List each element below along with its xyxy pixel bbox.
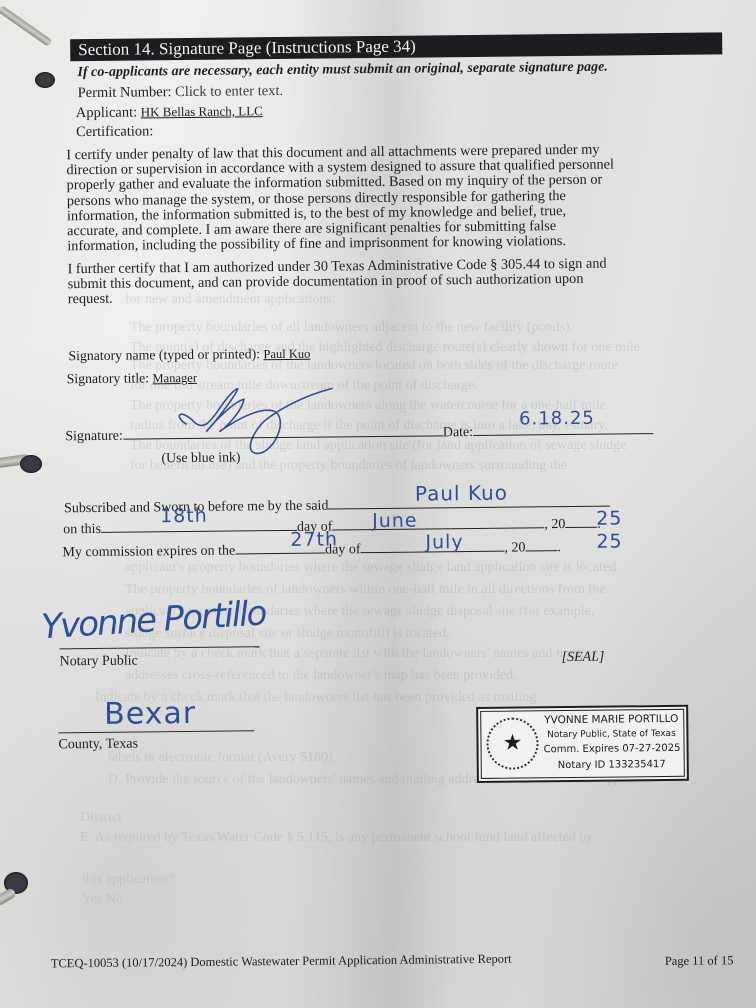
- county-handwritten: Bexar: [104, 696, 196, 732]
- permit-number-label: Permit Number:: [78, 84, 172, 101]
- county-texas-label: County, Texas: [58, 737, 138, 754]
- applicant-value: HK Bellas Ranch, LLC: [141, 103, 263, 119]
- footer-form-id: TCEQ-10053 (10/17/2024) Domestic Wastewa…: [51, 952, 512, 972]
- applicant-label: Applicant:: [76, 105, 137, 122]
- sworn-by-row: Subscribed and Sworn to before me by the…: [64, 494, 611, 518]
- commission-day-handwritten: 27th: [290, 528, 338, 550]
- notary-seal: ★: [486, 717, 539, 770]
- notary-stamp: ★ YVONNE MARIE PORTILLO Notary Public, S…: [476, 705, 689, 783]
- applicant-row: Applicant: HK Bellas Ranch, LLC: [76, 103, 263, 122]
- period: .: [557, 540, 561, 555]
- signature-field[interactable]: [123, 423, 443, 439]
- stamp-name: YVONNE MARIE PORTILLO: [543, 713, 679, 726]
- year-field[interactable]: [565, 515, 597, 528]
- signatory-name-label: Signatory name (typed or printed):: [68, 346, 260, 363]
- form-page: Section 14. Signature Page (Instructions…: [0, 0, 756, 1008]
- notary-public-label: Notary Public: [60, 654, 138, 671]
- commission-label: My commission expires on the: [62, 543, 235, 560]
- county-line[interactable]: [58, 730, 254, 733]
- commission-month-handwritten: July: [425, 531, 463, 553]
- stamp-notary-id: Notary ID 133235417: [544, 759, 680, 771]
- stamp-expires: Comm. Expires 07-27-2025: [544, 743, 680, 755]
- signatory-name-row: Signatory name (typed or printed): Paul …: [68, 346, 310, 365]
- on-this-handwritten: 18th: [160, 505, 208, 527]
- certification-paragraph: I certify under penalty of law that this…: [66, 141, 717, 254]
- co-applicant-instruction: If co-applicants are necessary, each ent…: [77, 60, 607, 82]
- day-of-month-field[interactable]: [332, 515, 544, 530]
- star-icon: ★: [503, 733, 523, 755]
- section-header: Section 14. Signature Page (Instructions…: [70, 32, 722, 61]
- further-certify-paragraph: I further certify that I am authorized u…: [67, 255, 717, 307]
- day-of-month-handwritten: June: [372, 510, 418, 532]
- notary-signature-handwritten: Yvonne Portillo: [40, 593, 266, 647]
- footer-page-number: Page 11 of 15: [665, 953, 734, 969]
- year-handwritten: 25: [596, 507, 622, 529]
- commission-year-field[interactable]: [525, 538, 557, 551]
- seal-label: [SEAL]: [562, 650, 605, 666]
- on-this-label: on this: [63, 522, 101, 537]
- signature-label: Signature:: [65, 429, 123, 445]
- blue-ink-note: (Use blue ink): [161, 449, 240, 466]
- commission-year-handwritten: 25: [596, 530, 622, 552]
- stamp-title: Notary Public, State of Texas: [543, 729, 679, 740]
- permit-number-field[interactable]: Click to enter text.: [175, 83, 283, 100]
- signatory-name-value: Paul Kuo: [263, 347, 310, 361]
- permit-number-row: Permit Number: Click to enter text.: [78, 83, 284, 102]
- commission-year-prefix: , 20: [504, 540, 525, 555]
- notary-signature-line[interactable]: [59, 646, 259, 649]
- certification-label: Certification:: [76, 123, 153, 141]
- year-prefix: , 20: [544, 517, 565, 532]
- date-handwritten: 6.18.25: [519, 408, 595, 430]
- sworn-by-handwritten: Paul Kuo: [415, 481, 508, 506]
- signatory-title-label: Signatory title:: [67, 370, 150, 386]
- date-label: Date:: [443, 425, 473, 440]
